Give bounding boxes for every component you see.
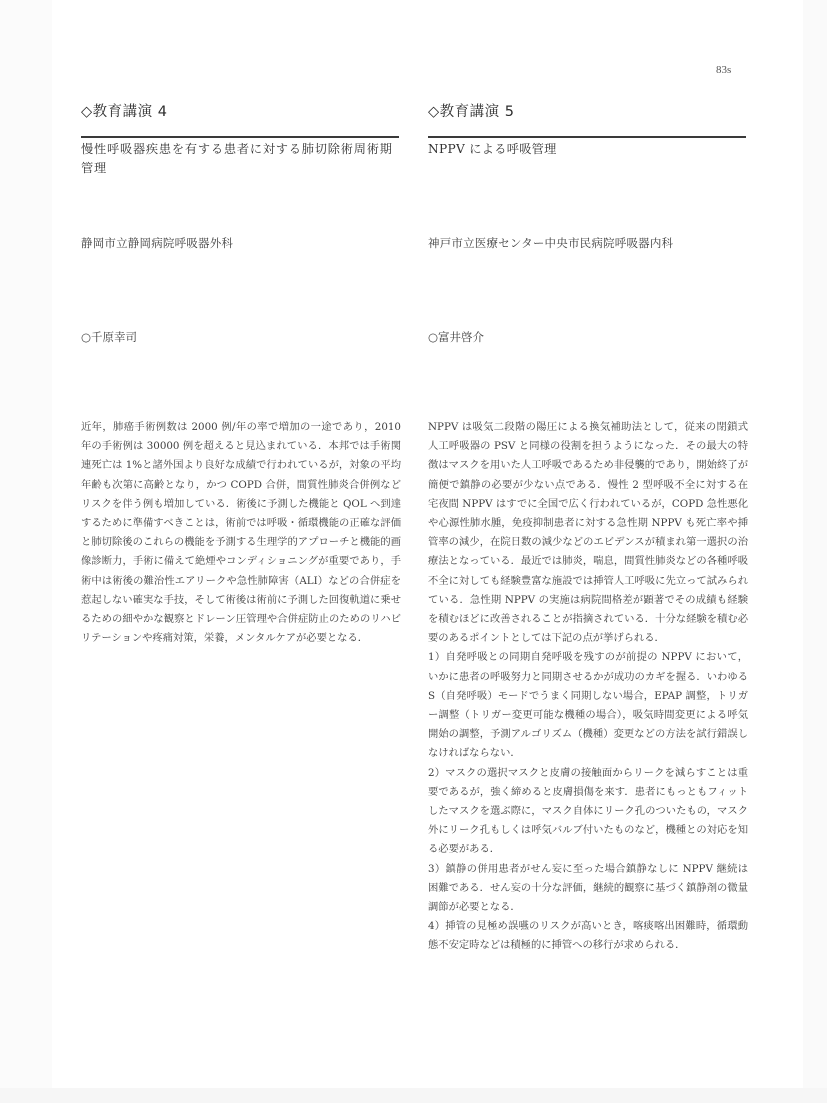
author-affiliation: 神戸市立医療センター中央市民病院呼吸器内科 <box>428 235 673 251</box>
abstract-point-4: 4）挿管の見極め誤嚥のリスクが高いとき，喀痰喀出困難時，循環動態不安定時などは積… <box>428 917 748 955</box>
heading-rule <box>81 136 399 138</box>
article-title: 慢性呼吸器疾患を有する患者に対する肺切除術周術期管理 <box>81 140 399 178</box>
lecture-heading: ◇教育講演 5 <box>428 100 515 121</box>
abstract-point-2: 2）マスクの選択マスクと皮膚の接触面からリークを減らすことは重要であるが，強く締… <box>428 764 748 860</box>
author-name: ○千原幸司 <box>81 329 137 345</box>
abstract-paragraph: NPPV は吸気二段階の陽圧による換気補助法として，従来の閉鎖式人工呼吸器の P… <box>428 418 748 648</box>
abstract-point-1: 1）自発呼吸との同期自発呼吸を残すのが前提の NPPV において，いかに患者の呼… <box>428 648 748 763</box>
author-name: ○富井啓介 <box>428 329 484 345</box>
heading-rule <box>428 136 746 138</box>
lecture-heading: ◇教育講演 4 <box>81 100 168 121</box>
abstract-paragraph: 近年，肺癌手術例数は 2000 例/年の率で増加の一途であり，2010 年の手術… <box>81 418 401 648</box>
page-number: 83s <box>716 64 731 76</box>
abstract-point-3: 3）鎮静の併用患者がせん妄に至った場合鎮静なしに NPPV 継続は困難である．せ… <box>428 860 748 918</box>
scan-margin-right <box>803 0 827 1103</box>
abstract-body: NPPV は吸気二段階の陽圧による換気補助法として，従来の閉鎖式人工呼吸器の P… <box>428 418 748 956</box>
abstract-body: 近年，肺癌手術例数は 2000 例/年の率で増加の一途であり，2010 年の手術… <box>81 418 401 648</box>
scan-margin-left <box>0 0 52 1103</box>
scan-margin-bottom <box>0 1088 827 1103</box>
article-title: NPPV による呼吸管理 <box>428 140 746 159</box>
author-affiliation: 静岡市立静岡病院呼吸器外科 <box>81 235 233 251</box>
